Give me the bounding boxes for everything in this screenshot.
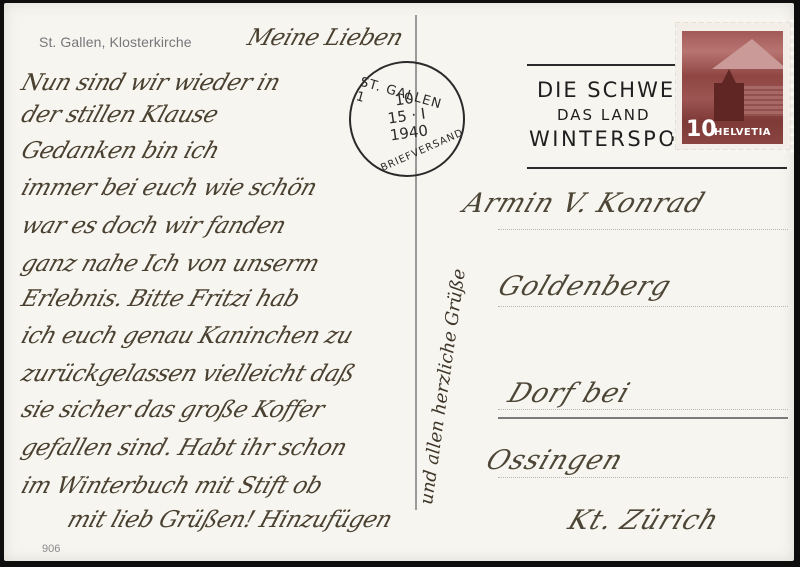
serial-number: 906 xyxy=(42,543,60,555)
postmark-year: 1940 xyxy=(388,122,430,144)
message-line: immer bei euch wie schön xyxy=(18,175,320,201)
address-rule-4 xyxy=(498,477,788,478)
address-line: Goldenberg xyxy=(494,271,676,302)
stamp-value: 10 xyxy=(686,117,717,142)
message-margin-note: und allen herzliche Grüße xyxy=(416,268,470,506)
address-line: Kt. Zürich xyxy=(564,505,724,536)
message-line: mit lieb Grüßen! Hinzufügen xyxy=(64,507,395,533)
message-line: war es doch wir fanden xyxy=(18,213,289,239)
address-line: Armin V. Konrad xyxy=(459,188,709,219)
postcard: St. Gallen, Klosterkirche 906 DIE SCHWEI… xyxy=(4,3,794,561)
address-line: Dorf bei xyxy=(504,378,635,409)
message-line: der stillen Klause xyxy=(18,102,221,128)
postage-stamp: 10 HELVETIA xyxy=(676,23,790,149)
address-rule-3 xyxy=(498,409,788,410)
message-line: Gedanken bin ich xyxy=(18,138,223,164)
message-line: gefallen sind. Habt ihr schon xyxy=(18,435,350,461)
postcard-caption: St. Gallen, Klosterkirche xyxy=(39,34,192,50)
postmark: ST. GALLEN 1 10 15 · I 1940 BRIEFVERSAND xyxy=(341,53,472,184)
message-line: ich euch genau Kaninchen zu xyxy=(18,323,356,349)
slogan-rule-bottom xyxy=(527,167,787,169)
message-line: Nun sind wir wieder in xyxy=(18,70,283,96)
slogan-line-2: DAS LAND xyxy=(557,106,651,124)
address-line: Ossingen xyxy=(482,445,628,476)
stamp-country: HELVETIA xyxy=(714,127,771,138)
address-rule-solid xyxy=(498,417,788,419)
message-line: zurückgelassen vielleicht daß xyxy=(18,361,358,387)
message-line: sie sicher das große Koffer xyxy=(18,397,327,423)
address-rule-1 xyxy=(498,229,788,230)
message-line: Erlebnis. Bitte Fritzi hab xyxy=(18,286,303,312)
message-line: ganz nahe Ich von unserm xyxy=(18,251,322,277)
message-salutation: Meine Lieben xyxy=(244,25,406,51)
address-rule-2 xyxy=(498,306,788,307)
message-line: im Winterbuch mit Stift ob xyxy=(18,473,325,499)
